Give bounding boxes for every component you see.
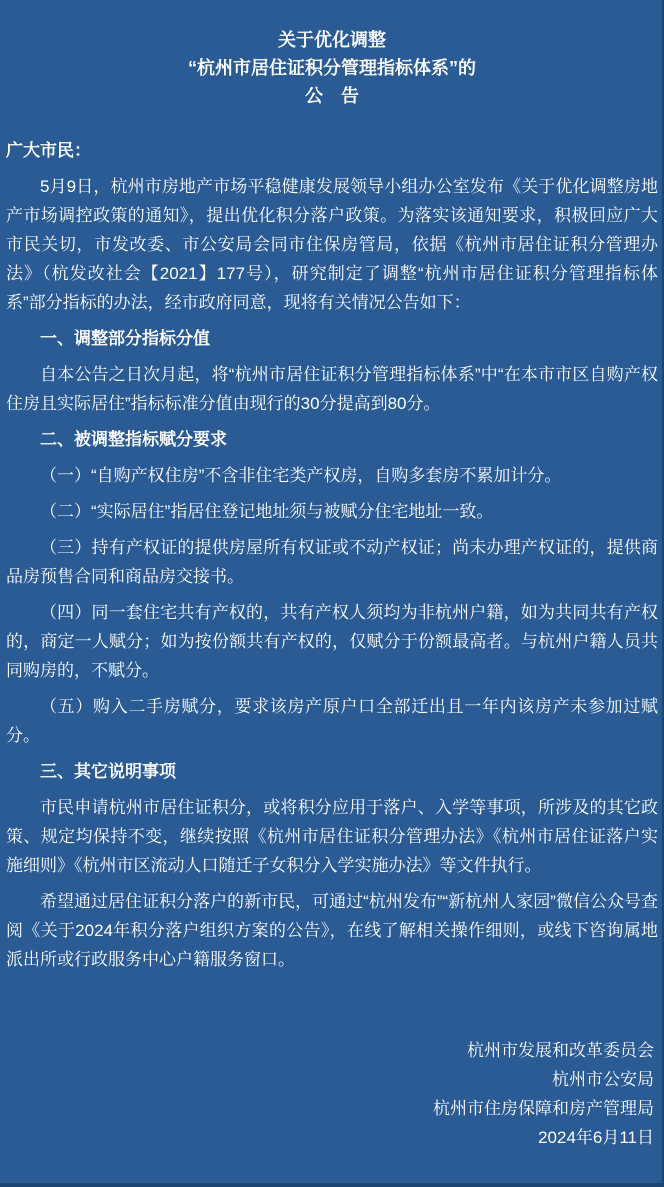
section-heading-2: 二、被调整指标赋分要求	[6, 425, 658, 454]
salutation: 广大市民：	[6, 136, 658, 165]
paragraph-wechat-info: 希望通过居住证积分落户的新市民，可通过“杭州发布”“新杭州人家园”微信公众号查阅…	[6, 887, 658, 974]
paragraph-item-4: （四）同一套住宅共有产权的，共有产权人须均为非杭州户籍，如为共同共有产权的，商定…	[6, 598, 658, 685]
signature-block: 杭州市发展和改革委员会 杭州市公安局 杭州市住房保障和房产管理局 2024年6月…	[6, 1036, 658, 1152]
issuer-2: 杭州市公安局	[6, 1065, 654, 1094]
paragraph-item-1: （一）“自购产权住房”不含非住宅类产权房，自购多套房不累加计分。	[6, 461, 658, 490]
paragraph-section1: 自本公告之日次月起，将“杭州市居住证积分管理指标体系”中“在本市市区自购产权住房…	[6, 360, 658, 418]
paragraph-item-2: （二）“实际居住”指居住登记地址须与被赋分住宅地址一致。	[6, 497, 658, 526]
issuer-3: 杭州市住房保障和房产管理局	[6, 1094, 654, 1123]
paragraph-item-5: （五）购入二手房赋分，要求该房产原户口全部迁出且一年内该房产未参加过赋分。	[6, 692, 658, 750]
announcement-title: 关于优化调整 “杭州市居住证积分管理指标体系”的 公 告	[6, 26, 658, 110]
section-heading-1: 一、调整部分指标分值	[6, 324, 658, 353]
announcement-document: 关于优化调整 “杭州市居住证积分管理指标体系”的 公 告 广大市民： 5月9日，…	[0, 0, 664, 1152]
paragraph-other-policies: 市民申请杭州市居住证积分，或将积分应用于落户、入学等事项，所涉及的其它政策、规定…	[6, 793, 658, 880]
section-heading-3: 三、其它说明事项	[6, 757, 658, 786]
title-line-1: 关于优化调整	[6, 26, 658, 54]
paragraph-item-3: （三）持有产权证的提供房屋所有权证或不动产权证；尚未办理产权证的，提供商品房预售…	[6, 533, 658, 591]
title-line-3: 公 告	[6, 82, 658, 110]
announcement-date: 2024年6月11日	[6, 1123, 654, 1152]
paragraph-intro: 5月9日，杭州市房地产市场平稳健康发展领导小组办公室发布《关于优化调整房地产市场…	[6, 172, 658, 317]
issuer-1: 杭州市发展和改革委员会	[6, 1036, 654, 1065]
title-line-2: “杭州市居住证积分管理指标体系”的	[6, 54, 658, 82]
